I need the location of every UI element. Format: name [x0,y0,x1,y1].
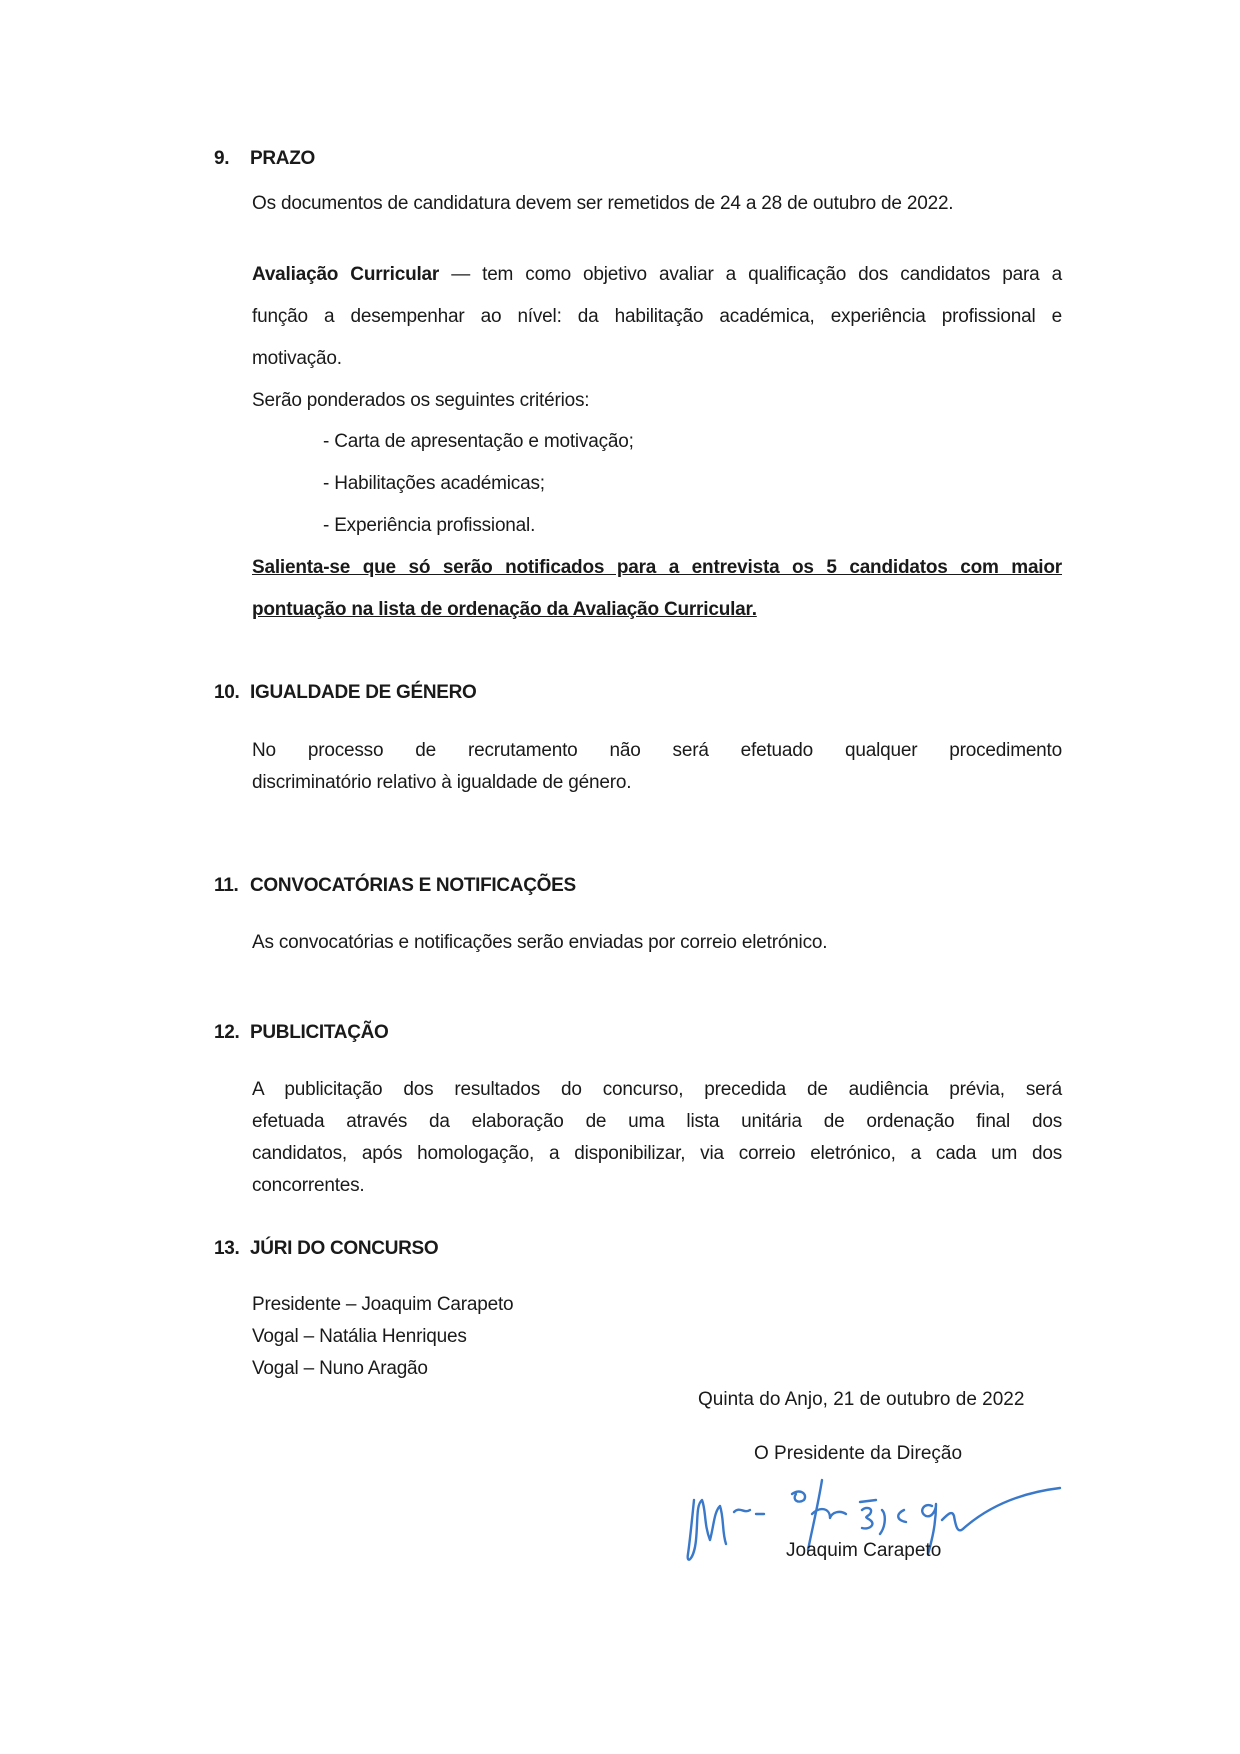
deadline-paragraph: Os documentos de candidatura devem ser r… [252,193,953,215]
gender-line-1: No processo de recrutamento não será efe… [252,740,1062,762]
section-number: 12. [214,1022,250,1044]
signatory-role: O Presidente da Direção [754,1443,962,1465]
publication-line-2: efetuada através da elaboração de uma li… [252,1111,1062,1133]
section-number: 9. [214,148,250,170]
section-13-heading: 13.JÚRI DO CONCURSO [214,1238,438,1260]
section-12-heading: 12.PUBLICITAÇÃO [214,1022,389,1044]
evaluation-line-2: função a desempenhar ao nível: da habili… [252,306,1062,328]
handwritten-signature-icon [680,1470,1080,1580]
section-11-heading: 11.CONVOCATÓRIAS E NOTIFICAÇÕES [214,875,576,897]
note-line-1: Salienta-se que só serão notificados par… [252,557,1062,579]
publication-line-3: candidatos, após homologação, a disponib… [252,1143,1062,1165]
jury-member: Presidente – Joaquim Carapeto [252,1294,513,1316]
evaluation-line-3: motivação. [252,348,342,370]
section-title: PUBLICITAÇÃO [250,1022,389,1043]
section-number: 10. [214,682,250,704]
gender-line-2: discriminatório relativo à igualdade de … [252,772,631,794]
signatory-name: Joaquim Carapeto [786,1540,941,1562]
criteria-item: - Habilitações académicas; [323,473,545,495]
section-title: IGUALDADE DE GÉNERO [250,682,477,703]
section-number: 13. [214,1238,250,1260]
criteria-intro: Serão ponderados os seguintes critérios: [252,390,589,412]
criteria-item: - Carta de apresentação e motivação; [323,431,634,453]
evaluation-line-1: Avaliação Curricular — tem como objetivo… [252,264,1062,286]
document-page: 9.PRAZO Os documentos de candidatura dev… [0,0,1240,1754]
publication-line-1: A publicitação dos resultados do concurs… [252,1079,1062,1101]
jury-member: Vogal – Natália Henriques [252,1326,467,1348]
section-title: CONVOCATÓRIAS E NOTIFICAÇÕES [250,875,576,896]
criteria-item: - Experiência profissional. [323,515,535,537]
note-line-2: pontuação na lista de ordenação da Avali… [252,599,757,621]
evaluation-text: — tem como objetivo avaliar a qualificaç… [439,264,1062,285]
section-title: JÚRI DO CONCURSO [250,1238,438,1259]
section-9-heading: 9.PRAZO [214,148,315,170]
evaluation-title: Avaliação Curricular [252,264,439,285]
section-title: PRAZO [250,148,315,169]
section-10-heading: 10.IGUALDADE DE GÉNERO [214,682,477,704]
notifications-line: As convocatórias e notificações serão en… [252,932,827,954]
jury-member: Vogal – Nuno Aragão [252,1358,428,1380]
place-date: Quinta do Anjo, 21 de outubro de 2022 [698,1389,1024,1411]
publication-line-4: concorrentes. [252,1175,365,1197]
section-number: 11. [214,875,250,897]
